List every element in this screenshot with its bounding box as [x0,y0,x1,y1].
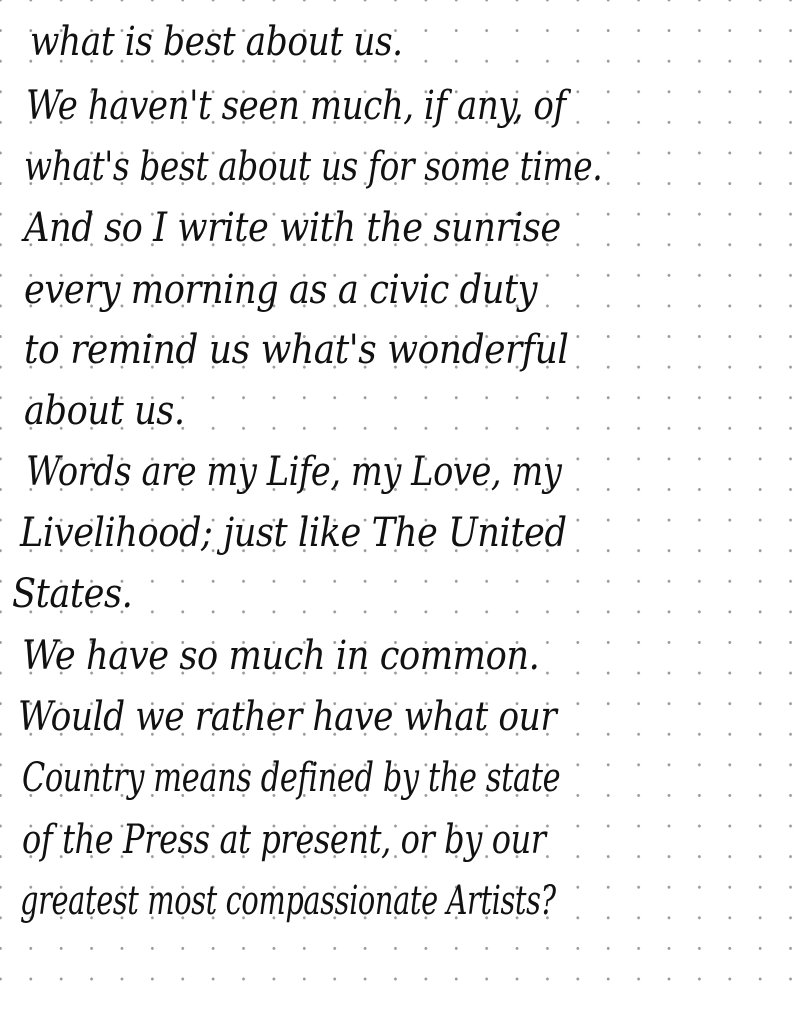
text-line: what's best about us for some time. [24,147,602,187]
text-line: Would we rather have what our [18,697,556,737]
text-line: Country means defined by the state [22,758,560,798]
text-line: what is best about us. [30,22,403,62]
text-line: Words are my Life, my Love, my [26,452,561,492]
text-line: We haven't seen much, if any, of [26,86,566,126]
text-line: to remind us what's wonderful [24,330,568,370]
text-line: States. [12,574,132,614]
text-line: We have so much in common. [22,636,539,676]
text-line: about us. [24,391,185,431]
text-line: of the Press at present, or by our [22,820,546,860]
text-line: And so I write with the sunrise [24,208,561,248]
text-line: Livelihood; just like The United [20,513,567,553]
text-line: every morning as a civic duty [24,270,537,310]
dot-grid-page: what is best about us. We haven't seen m… [0,0,799,1017]
text-line: greatest most compassionate Artists? [20,881,556,921]
